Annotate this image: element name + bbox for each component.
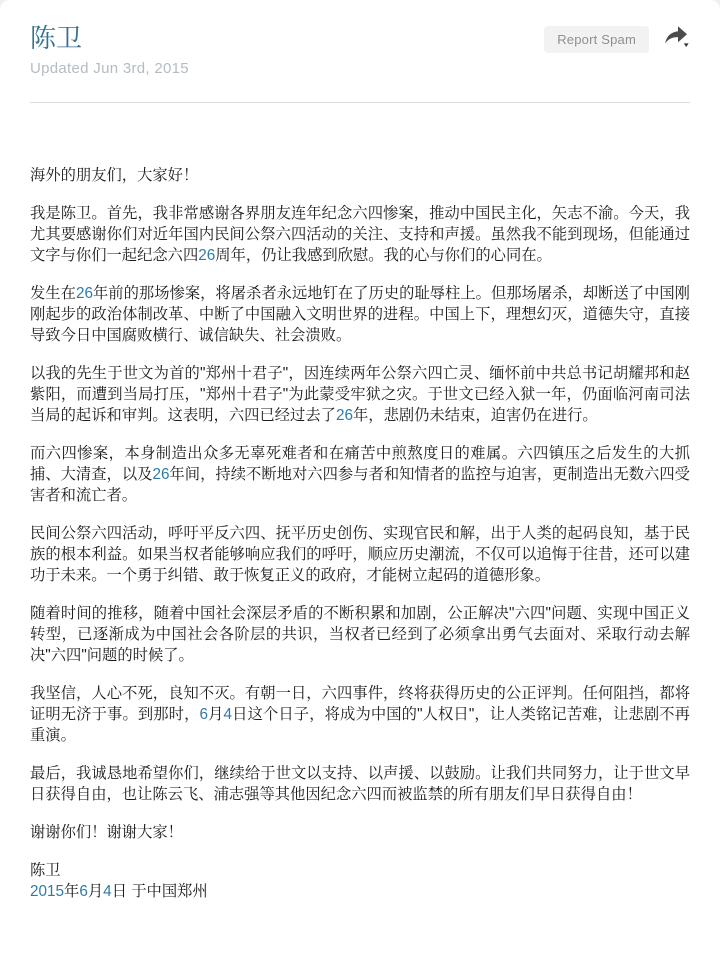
post-header-actions: Report Spam [544, 23, 690, 53]
paragraph: 陈卫 [30, 860, 690, 881]
article-body: 海外的朋友们，大家好！我是陈卫。首先，我非常感谢各界朋友连年纪念六四惨案，推动中… [0, 103, 720, 953]
text-segment: 年 [64, 883, 79, 900]
number-highlight: 4 [224, 706, 233, 723]
post-card: 陈卫 Updated Jun 3rd, 2015 Report Spam 海外的… [0, 0, 720, 953]
paragraph: 海外的朋友们，大家好！ [30, 165, 690, 186]
share-caret-icon [684, 43, 689, 47]
number-highlight: 6 [200, 706, 209, 723]
post-header: 陈卫 Updated Jun 3rd, 2015 Report Spam [0, 0, 720, 77]
post-title[interactable]: 陈卫 [30, 23, 189, 53]
paragraph: 而六四惨案，本身制造出众多无辜死难者和在痛苦中煎熬度日的难属。六四镇压之后发生的… [30, 443, 690, 506]
paragraph: 我是陈卫。首先，我非常感谢各界朋友连年纪念六四惨案，推动中国民主化，矢志不渝。今… [30, 203, 690, 266]
text-segment: 月 [208, 706, 224, 723]
paragraph: 以我的先生于世文为首的"郑州十君子"，因连续两年公祭六四亡灵、缅怀前中共总书记胡… [30, 363, 690, 426]
number-highlight: 6 [79, 883, 88, 900]
number-highlight: 26 [76, 285, 93, 302]
report-spam-button[interactable]: Report Spam [544, 26, 649, 53]
text-segment: 谢谢你们！谢谢大家！ [30, 824, 183, 841]
text-segment: 年前的那场惨案，将屠杀者永远地钉在了历史的耻辱柱上。但那场屠杀，却断送了中国刚刚… [30, 285, 690, 344]
text-segment: 最后，我诚恳地希望你们，继续给于世文以支持、以声援、以鼓励。让我们共同努力，让于… [30, 765, 690, 803]
text-segment: 民间公祭六四活动，呼吁平反六四、抚平历史创伤、实现官民和解，出于人类的起码良知，… [30, 525, 690, 584]
paragraph: 最后，我诚恳地希望你们，继续给于世文以支持、以声援、以鼓励。让我们共同努力，让于… [30, 763, 690, 805]
paragraph: 发生在26年前的那场惨案，将屠杀者永远地钉在了历史的耻辱柱上。但那场屠杀，却断送… [30, 283, 690, 346]
text-segment: 月 [88, 883, 103, 900]
paragraph: 民间公祭六四活动，呼吁平反六四、抚平历史创伤、实现官民和解，出于人类的起码良知，… [30, 523, 690, 586]
number-highlight: 26 [152, 466, 169, 483]
number-highlight: 26 [336, 407, 353, 424]
paragraph: 随着时间的推移，随着中国社会深层矛盾的不断积累和加剧，公正解决"六四"问题、实现… [30, 603, 690, 666]
number-highlight: 26 [198, 247, 215, 264]
post-header-left: 陈卫 Updated Jun 3rd, 2015 [30, 23, 189, 77]
paragraph: 我坚信，人心不死，良知不灭。有朝一日，六四事件，终将获得历史的公正评判。任何阻挡… [30, 683, 690, 746]
text-segment: 日 于中国郑州 [112, 883, 208, 900]
text-segment: 随着时间的推移，随着中国社会深层矛盾的不断积累和加剧，公正解决"六四"问题、实现… [30, 605, 690, 664]
number-highlight: 4 [103, 883, 112, 900]
text-segment: 发生在 [30, 285, 76, 302]
share-forward-arrow-icon [662, 24, 690, 48]
share-button[interactable] [662, 24, 690, 48]
number-highlight: 2015 [30, 883, 64, 900]
text-segment: 周年，仍让我感到欣慰。我的心与你们的心同在。 [215, 247, 552, 264]
paragraph: 2015年6月4日 于中国郑州 [30, 881, 690, 902]
text-segment: 陈卫 [30, 862, 61, 879]
text-segment: 海外的朋友们，大家好！ [30, 167, 198, 184]
post-updated-date: Updated Jun 3rd, 2015 [30, 60, 189, 77]
text-segment: 年，悲剧仍未结束，迫害仍在进行。 [353, 407, 598, 424]
paragraph: 谢谢你们！谢谢大家！ [30, 822, 690, 843]
